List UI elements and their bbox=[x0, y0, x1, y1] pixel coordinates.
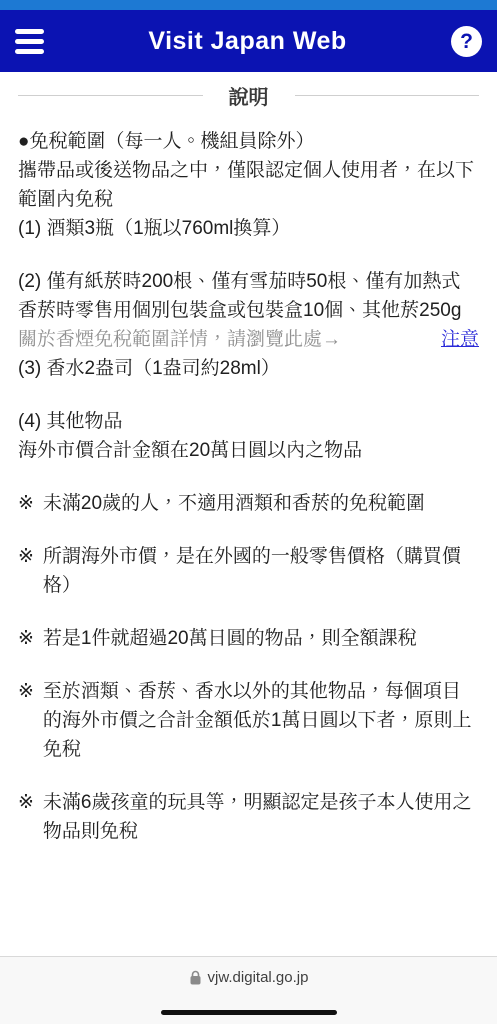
note-text: 未滿6歲孩童的玩具等，明顯認定是孩子本人使用之物品則免稅 bbox=[43, 788, 479, 846]
page-title: 說明 bbox=[229, 81, 269, 110]
tobacco-detail-text: 關於香煙免稅範圍詳情，請瀏覽此處→ bbox=[18, 325, 341, 354]
status-strip bbox=[0, 0, 497, 10]
item-tobacco-block: (2) 僅有紙菸時200根、僅有雪茄時50根、僅有加熱式香菸時零售用個別包裝盒或… bbox=[18, 267, 479, 354]
question-mark-icon: ? bbox=[460, 31, 473, 52]
item-perfume: (3) 香水2盎司（1盎司約28ml） bbox=[18, 354, 479, 383]
browser-bottom-bar: vjw.digital.go.jp bbox=[0, 956, 497, 1024]
note-other-items-under-10k: ※ 至於酒類、香菸、香水以外的其他物品，每個項目的海外市價之合計金額低於1萬日圓… bbox=[18, 677, 479, 764]
note-text: 至於酒類、香菸、香水以外的其他物品，每個項目的海外市價之合計金額低於1萬日圓以下… bbox=[43, 677, 479, 764]
url-text: vjw.digital.go.jp bbox=[208, 969, 309, 986]
note-overseas-price: ※ 所謂海外市價，是在外國的一般零售價格（購買價格） bbox=[18, 542, 479, 600]
help-button[interactable]: ? bbox=[451, 26, 482, 57]
divider-right bbox=[295, 95, 480, 96]
note-marker: ※ bbox=[18, 788, 34, 817]
home-indicator[interactable] bbox=[161, 1010, 337, 1015]
section-heading: 說明 bbox=[0, 81, 497, 109]
content: ●免稅範圍（每一人。機組員除外） 攜帶品或後送物品之中，僅限認定個人使用者，在以… bbox=[0, 127, 497, 846]
hamburger-bar bbox=[15, 39, 44, 44]
duty-free-scope-intro: ●免稅範圍（每一人。機組員除外） 攜帶品或後送物品之中，僅限認定個人使用者，在以… bbox=[18, 127, 479, 214]
note-over-200k-taxed: ※ 若是1件就超過20萬日圓的物品，則全額課稅 bbox=[18, 624, 479, 653]
url-bar[interactable]: vjw.digital.go.jp bbox=[0, 957, 497, 986]
hamburger-bar bbox=[15, 49, 44, 54]
note-marker: ※ bbox=[18, 677, 34, 706]
duty-free-scope-heading: ●免稅範圍（每一人。機組員除外） bbox=[18, 127, 479, 156]
item-alcohol: (1) 酒類3瓶（1瓶以760ml換算） bbox=[18, 214, 479, 243]
divider-left bbox=[18, 95, 203, 96]
note-children-toys: ※ 未滿6歲孩童的玩具等，明顯認定是孩子本人使用之物品則免稅 bbox=[18, 788, 479, 846]
item-other-goods-block: (4) 其他物品 海外市價合計金額在20萬日圓以內之物品 bbox=[18, 407, 479, 465]
menu-button[interactable] bbox=[15, 29, 44, 54]
item-tobacco: (2) 僅有紙菸時200根、僅有雪茄時50根、僅有加熱式香菸時零售用個別包裝盒或… bbox=[18, 267, 479, 325]
note-text: 若是1件就超過20萬日圓的物品，則全額課稅 bbox=[43, 624, 417, 653]
hamburger-bar bbox=[15, 29, 44, 34]
visit-japan-web-screen: Visit Japan Web ? 說明 ●免稅範圍（每一人。機組員除外） 攜帶… bbox=[0, 0, 497, 1024]
lock-icon bbox=[189, 970, 202, 985]
app-title: Visit Japan Web bbox=[148, 27, 346, 56]
note-text: 所謂海外市價，是在外國的一般零售價格（購買價格） bbox=[43, 542, 479, 600]
app-header: Visit Japan Web ? bbox=[0, 10, 497, 72]
item-other-goods-body: 海外市價合計金額在20萬日圓以內之物品 bbox=[18, 436, 479, 465]
note-marker: ※ bbox=[18, 624, 34, 653]
note-age-restriction: ※ 未滿20歲的人，不適用酒類和香菸的免稅範圍 bbox=[18, 489, 479, 518]
tobacco-detail-row: 關於香煙免稅範圍詳情，請瀏覽此處→ 注意 bbox=[18, 325, 479, 354]
item-other-goods-title: (4) 其他物品 bbox=[18, 407, 479, 436]
duty-free-scope-body: 攜帶品或後送物品之中，僅限認定個人使用者，在以下範圍內免稅 bbox=[18, 156, 479, 214]
hamburger-icon bbox=[15, 29, 44, 54]
caution-link[interactable]: 注意 bbox=[441, 325, 479, 354]
note-text: 未滿20歲的人，不適用酒類和香菸的免稅範圍 bbox=[43, 489, 425, 518]
note-marker: ※ bbox=[18, 542, 34, 571]
note-marker: ※ bbox=[18, 489, 34, 518]
